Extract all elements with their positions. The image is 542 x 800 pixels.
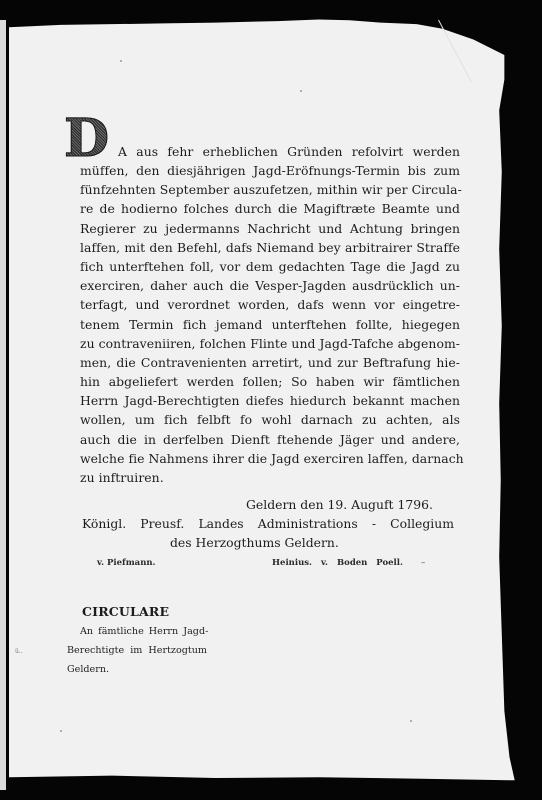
margin-annotation: ü.. bbox=[15, 648, 23, 655]
paper-speck bbox=[60, 730, 62, 732]
body-line: terfagt, und verordnet worden, dafs wenn… bbox=[80, 295, 460, 314]
body-last-line: zu inftruiren. bbox=[80, 468, 460, 487]
circular-body: D A aus fehr erheblichen Gründen refolvi… bbox=[80, 117, 460, 487]
body-line: müffen, den diesjährigen Jagd-Eröfnungs-… bbox=[80, 161, 460, 180]
paper-speck bbox=[120, 60, 122, 62]
body-line: A aus fehr erheblichen Gründen refolvirt… bbox=[118, 142, 460, 161]
body-line: laffen, mit den Befehl, dafs Niemand bey… bbox=[80, 238, 460, 257]
addressee-line: An fämtliche Herrn Jagd- bbox=[80, 626, 208, 637]
body-line: exerciren, daher auch die Vesper-Jagden … bbox=[80, 276, 460, 295]
body-line: men, die Contravenienten arretirt, und z… bbox=[80, 353, 460, 372]
body-line: auch die in derfelben Dienft ftehende Jä… bbox=[80, 430, 460, 449]
body-line: fünfzehnten September auszufetzen, mithi… bbox=[80, 180, 460, 199]
addressee-line: Berechtigte im Hertzogtum bbox=[67, 645, 207, 656]
body-line: fich unterftehen foll, vor dem gedachten… bbox=[80, 257, 460, 276]
opening-line: D A aus fehr erheblichen Gründen refolvi… bbox=[80, 117, 460, 161]
issuing-authority: Königl. Preusf. Landes Administrations -… bbox=[82, 516, 454, 531]
body-line: Regierer zu jedermanns Nachricht und Ach… bbox=[80, 219, 460, 238]
body-line: hin abgeliefert werden follen; So haben … bbox=[80, 372, 460, 391]
body-line: wollen, um fich felbft fo wohl darnach z… bbox=[80, 410, 460, 429]
body-line: tenem Termin fich jemand unterftehen fol… bbox=[80, 315, 460, 334]
dateline: Geldern den 19. Auguft 1796. bbox=[246, 497, 433, 512]
issuing-authority-duchy: des Herzogthums Geldern. bbox=[170, 535, 339, 550]
body-line: zu contraveniiren, folchen Flinte und Ja… bbox=[80, 334, 460, 353]
paper-speck bbox=[410, 720, 412, 722]
scan-edge-strip bbox=[0, 20, 6, 790]
circular-title: CIRCULARE bbox=[82, 604, 169, 619]
signature-right: Heinius. v. Boden Poell. bbox=[272, 558, 403, 568]
paper-speck bbox=[300, 90, 302, 92]
signature-dash: – bbox=[421, 558, 425, 568]
ornamental-drop-cap: D bbox=[64, 117, 109, 161]
signature-left: v. Piefmann. bbox=[97, 558, 156, 568]
body-line: re de hodierno folches durch die Magiftr… bbox=[80, 199, 460, 218]
addressee-line: Geldern. bbox=[67, 664, 109, 675]
body-line: welche fie Nahmens ihrer die Jagd exerci… bbox=[80, 449, 460, 468]
body-line: Herrn Jagd-Berechtigten diefes hiedurch … bbox=[80, 391, 460, 410]
